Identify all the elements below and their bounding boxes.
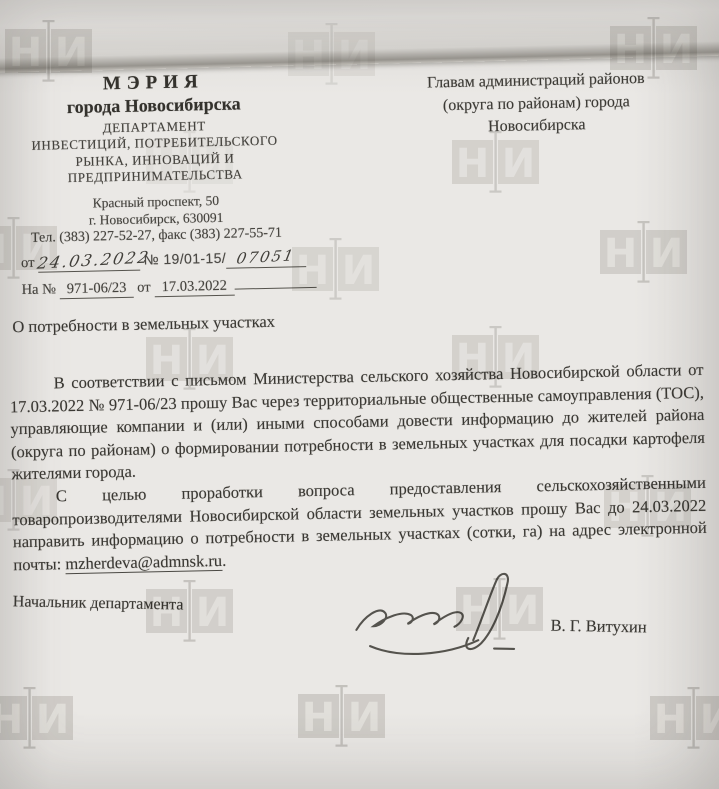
underline-extension <box>234 287 316 290</box>
subject-line: О потребности в земельных участках <box>12 312 275 337</box>
letter-body: В соответствии с письмом Министерства се… <box>9 359 707 577</box>
from-label: от <box>21 255 35 271</box>
handwritten-number: 07051 <box>235 246 297 267</box>
addressee-block: Главам администраций районов (округа по … <box>378 67 694 141</box>
reference-block: от 24.03.2022 № 19/01-15/07051 На № 971-… <box>21 245 362 300</box>
reply-from-label: от <box>137 279 151 295</box>
outgoing-number-field: 07051 <box>226 247 306 269</box>
outgoing-reference-line: от 24.03.2022 № 19/01-15/07051 <box>21 245 361 273</box>
handwritten-date: 24.03.2022 <box>36 247 152 272</box>
outgoing-number-label: № 19/01-15/ <box>143 250 226 268</box>
incoming-date: 17.03.2022 <box>154 278 234 298</box>
department-name: ДЕПАРТАМЕНТ ИНВЕСТИЦИЙ, ПОТРЕБИТЕЛЬСКОГО… <box>4 116 305 188</box>
letterhead-block: МЭРИЯ города Новосибирска ДЕПАРТАМЕНТ ИН… <box>3 69 307 247</box>
incoming-number: 971-06/23 <box>59 280 133 300</box>
body-paragraph-2: С целью проработки вопроса предоставлени… <box>12 472 708 577</box>
document-content: МЭРИЯ города Новосибирска ДЕПАРТАМЕНТ ИН… <box>0 0 719 789</box>
incoming-reference-line: На № 971-06/23 от 17.03.2022 <box>21 275 361 300</box>
signer-position: Начальник департамента <box>13 593 184 614</box>
handwritten-signature <box>342 566 544 670</box>
signer-name: В. Г. Витухин <box>550 616 647 638</box>
reply-label: На № <box>21 281 56 298</box>
scanned-letter-photo: { "watermark":{"letters":"НИ"}, "letterh… <box>0 0 719 789</box>
postal-address: Красный проспект, 50 г. Новосибирск, 630… <box>6 190 307 230</box>
outgoing-date-field: 24.03.2022 <box>38 250 140 273</box>
body-paragraph-1: В соответствии с письмом Министерства се… <box>9 359 705 486</box>
signature-block: Начальник департамента В. Г. Витухин <box>12 563 714 676</box>
